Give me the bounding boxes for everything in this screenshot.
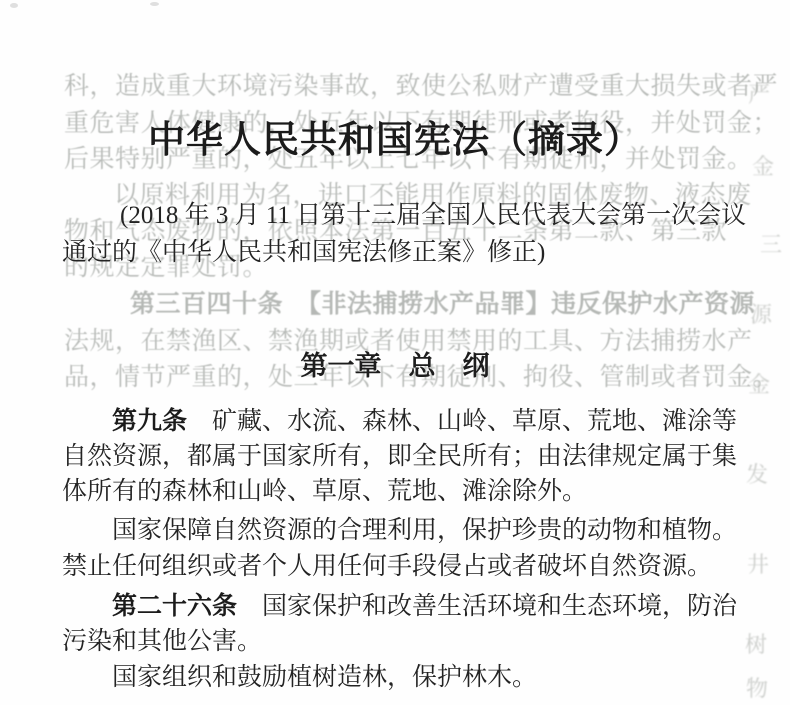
- document-title: 中华人民共和国宪法（摘录）: [0, 116, 790, 166]
- body-line: 第二十六条国家保护和改善生活环境和生态环境，防治: [62, 589, 788, 625]
- body-text: 体所有的森林和山岭、草原、荒地、滩涂除外。: [62, 478, 587, 505]
- chapter-heading: 第一章 总 纲: [0, 348, 790, 384]
- body-text: 国家保障自然资源的合理利用，保护珍贵的动物和植物。: [112, 517, 737, 544]
- body-text: 矿藏、水流、森林、山岭、草原、荒地、滩涂等: [212, 408, 737, 435]
- body-line: 国家保障自然资源的合理利用，保护珍贵的动物和植物。: [62, 513, 788, 549]
- scanned-document-page: 科，造成重大环境污染事故，致使公私财产遭受重大损失或者严 重危害人体健康的，处五…: [0, 0, 790, 705]
- amendment-note-line: (2018 年 3 月 11 日第十三届全国人民代表大会第一次会议: [62, 198, 790, 234]
- body-line: 自然资源，都属于国家所有，即全民所有；由法律规定属于集: [62, 439, 738, 475]
- body-text: 污染和其他公害。: [62, 628, 262, 655]
- amendment-note-line: 通过的《中华人民共和国宪法修正案》修正): [62, 235, 738, 271]
- document-content: 中华人民共和国宪法（摘录） (2018 年 3 月 11 日第十三届全国人民代表…: [0, 0, 790, 705]
- body-text: 自然资源，都属于国家所有，即全民所有；由法律规定属于集: [62, 443, 737, 470]
- body-text: 禁止任何组织或者个人用任何手段侵占或者破坏自然资源。: [62, 553, 712, 580]
- body-line: 污染和其他公害。: [62, 624, 738, 660]
- body-line: 禁止任何组织或者个人用任何手段侵占或者破坏自然资源。: [62, 549, 738, 585]
- article-number: 第二十六条: [112, 593, 237, 620]
- body-line: 体所有的森林和山岭、草原、荒地、滩涂除外。: [62, 474, 738, 510]
- article-number: 第九条: [112, 408, 187, 435]
- body-text: 国家组织和鼓励植树造林，保护林木。: [112, 664, 537, 691]
- body-text: 国家保护和改善生活环境和生态环境，防治: [262, 593, 737, 620]
- body-line: 第九条矿藏、水流、森林、山岭、草原、荒地、滩涂等: [62, 404, 788, 440]
- body-line: 国家组织和鼓励植树造林，保护林木。: [62, 660, 788, 696]
